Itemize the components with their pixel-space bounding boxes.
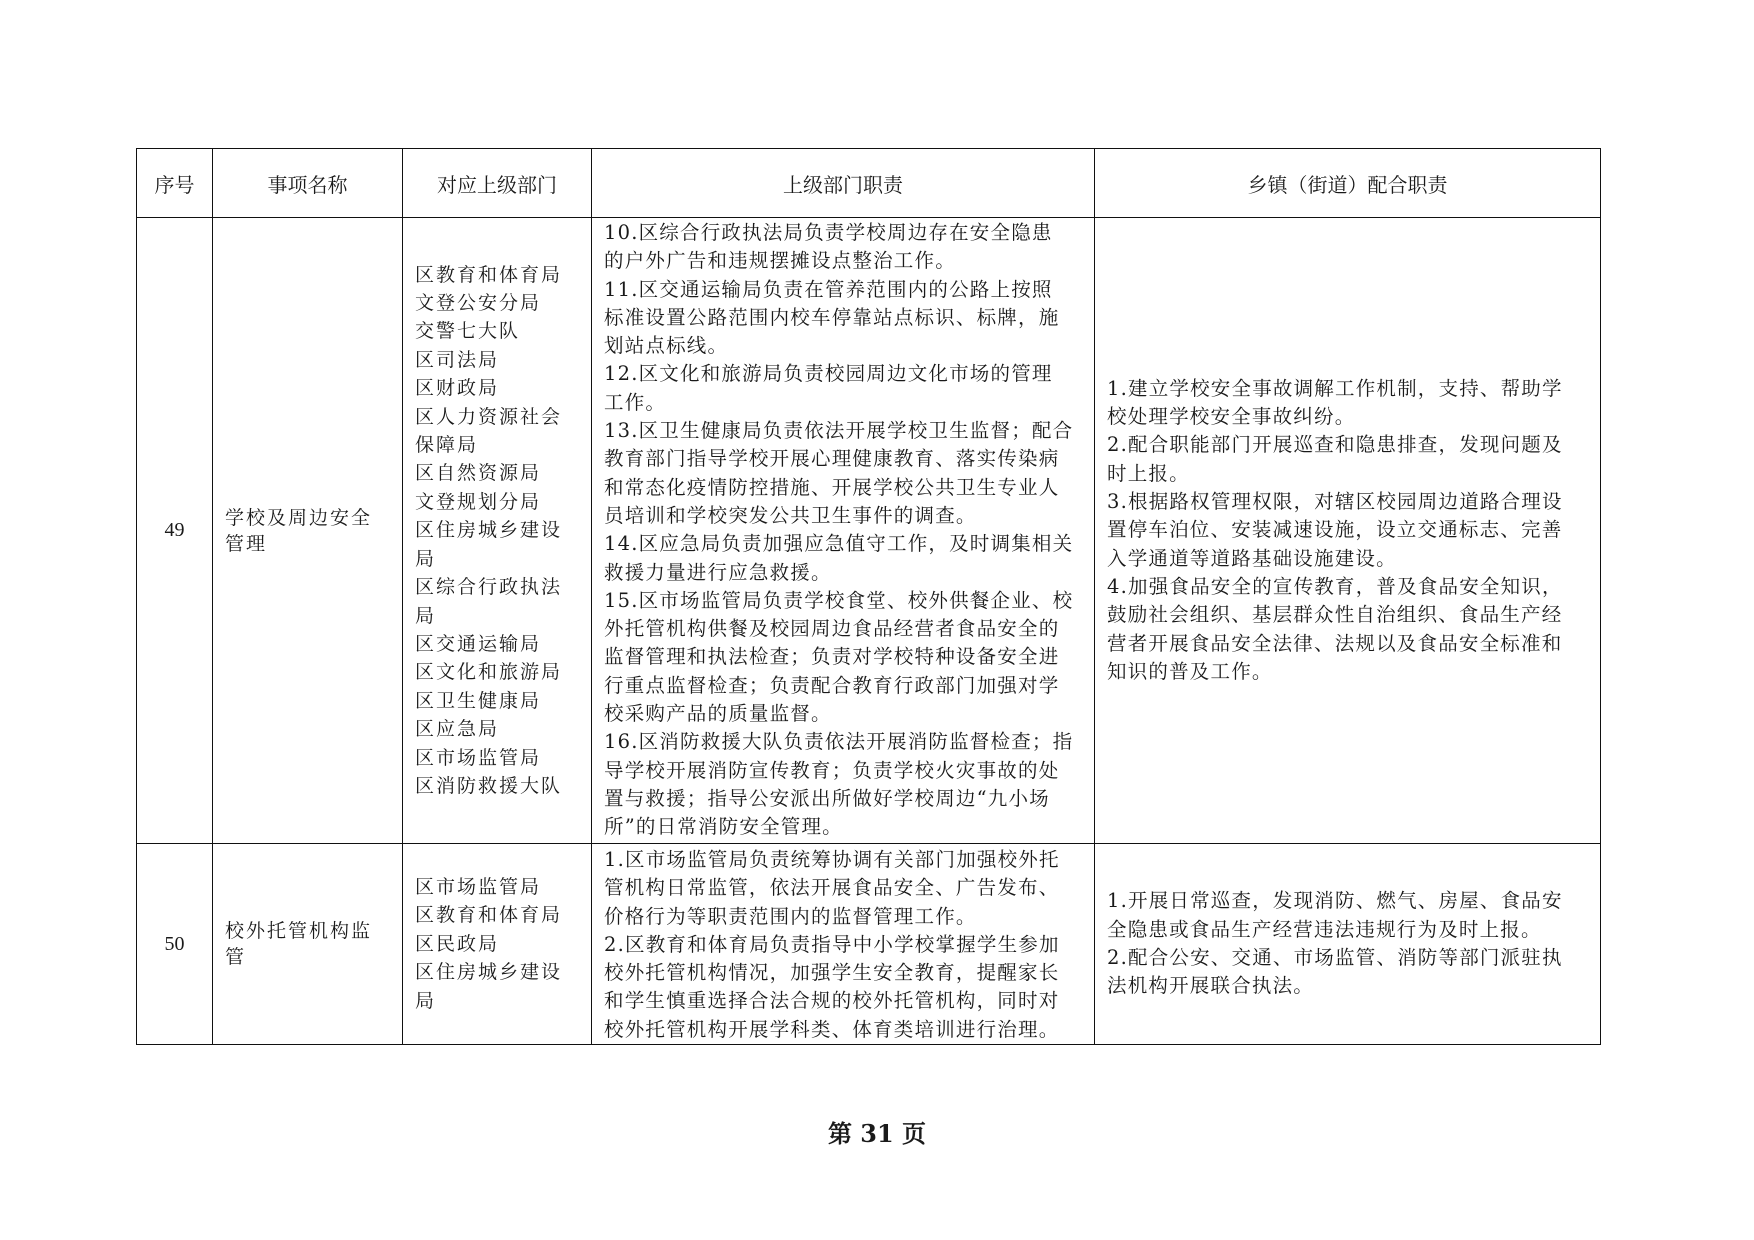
- text-line: 12.区文化和旅游局负责校园周边文化市场的管理: [604, 360, 1084, 388]
- table-header-row: 序号 事项名称 对应上级部门 上级部门职责 乡镇（街道）配合职责: [137, 149, 1601, 218]
- text-line: 区市场监管局: [415, 873, 579, 901]
- responsibility-table: 序号 事项名称 对应上级部门 上级部门职责 乡镇（街道）配合职责 49 学校及周…: [136, 148, 1601, 1045]
- text-line: 救援力量进行应急救援。: [604, 559, 1084, 587]
- text-line: 区人力资源社会: [415, 403, 579, 431]
- text-line: 区财政局: [415, 374, 579, 402]
- text-line: 15.区市场监管局负责学校食堂、校外供餐企业、校: [604, 587, 1084, 615]
- town-duties-cell: 1.建立学校安全事故调解工作机制，支持、帮助学校处理学校安全事故纠纷。2.配合职…: [1095, 218, 1601, 844]
- page-number: 第 31 页: [0, 1114, 1754, 1149]
- header-superior-duties: 上级部门职责: [592, 149, 1095, 218]
- text-line: 局: [415, 602, 579, 630]
- text-line: 11.区交通运输局负责在管养范围内的公路上按照: [604, 276, 1084, 304]
- text-line: 1.区市场监管局负责统筹协调有关部门加强校外托: [604, 846, 1084, 874]
- item-name-cell: 校外托管机构监管: [213, 844, 403, 1045]
- header-item-name: 事项名称: [213, 149, 403, 218]
- text-line: 导学校开展消防宣传教育；负责学校火灾事故的处: [604, 757, 1084, 785]
- text-line: 交警七大队: [415, 317, 579, 345]
- text-line: 和学生慎重选择合法合规的校外托管机构，同时对: [604, 987, 1084, 1015]
- text-line: 2.区教育和体育局负责指导中小学校掌握学生参加: [604, 931, 1084, 959]
- text-line: 1.开展日常巡查，发现消防、燃气、房屋、食品安: [1107, 887, 1590, 915]
- text-line: 监督管理和执法检查；负责对学校特种设备安全进: [604, 643, 1084, 671]
- text-line: 法机构开展联合执法。: [1107, 972, 1590, 1000]
- text-line: 外托管机构供餐及校园周边食品经营者食品安全的: [604, 615, 1084, 643]
- text-line: 的户外广告和违规摆摊设点整治工作。: [604, 247, 1084, 275]
- text-line: 鼓励社会组织、基层群众性自治组织、食品生产经: [1107, 601, 1590, 629]
- table-row: 49 学校及周边安全管理 区教育和体育局文登公安分局交警七大队区司法局区财政局区…: [137, 218, 1601, 844]
- text-line: 区综合行政执法: [415, 573, 579, 601]
- superior-duties-cell: 10.区综合行政执法局负责学校周边存在安全隐患的户外广告和违规摆摊设点整治工作。…: [592, 218, 1095, 844]
- text-line: 区司法局: [415, 346, 579, 374]
- text-line: 置与救援；指导公安派出所做好学校周边“九小场: [604, 785, 1084, 813]
- seq-cell: 49: [137, 218, 213, 844]
- text-line: 和常态化疫情防控措施、开展学校公共卫生专业人: [604, 474, 1084, 502]
- text-line: 区消防救援大队: [415, 772, 579, 800]
- text-line: 13.区卫生健康局负责依法开展学校卫生监督；配合: [604, 417, 1084, 445]
- text-line: 文登公安分局: [415, 289, 579, 317]
- text-line: 区卫生健康局: [415, 687, 579, 715]
- text-line: 教育部门指导学校开展心理健康教育、落实传染病: [604, 445, 1084, 473]
- text-line: 工作。: [604, 389, 1084, 417]
- text-line: 区住房城乡建设: [415, 958, 579, 986]
- text-line: 区民政局: [415, 930, 579, 958]
- text-line: 置停车泊位、安装减速设施，设立交通标志、完善: [1107, 516, 1590, 544]
- text-line: 区市场监管局: [415, 744, 579, 772]
- table-row: 50 校外托管机构监管 区市场监管局区教育和体育局区民政局区住房城乡建设局 1.…: [137, 844, 1601, 1045]
- text-line: 知识的普及工作。: [1107, 658, 1590, 686]
- text-line: 区住房城乡建设: [415, 516, 579, 544]
- seq-cell: 50: [137, 844, 213, 1045]
- text-line: 校外托管机构监: [225, 918, 390, 944]
- superior-duties-cell: 1.区市场监管局负责统筹协调有关部门加强校外托管机构日常监管，依法开展食品安全、…: [592, 844, 1095, 1045]
- text-line: 校处理学校安全事故纠纷。: [1107, 403, 1590, 431]
- text-line: 保障局: [415, 431, 579, 459]
- text-line: 区自然资源局: [415, 459, 579, 487]
- text-line: 2.配合公安、交通、市场监管、消防等部门派驻执: [1107, 944, 1590, 972]
- text-line: 区交通运输局: [415, 630, 579, 658]
- header-superior-dept: 对应上级部门: [403, 149, 592, 218]
- text-line: 营者开展食品安全法律、法规以及食品安全标准和: [1107, 630, 1590, 658]
- text-line: 学校及周边安全: [225, 505, 390, 531]
- text-line: 局: [415, 987, 579, 1015]
- text-line: 管: [225, 944, 390, 970]
- text-line: 区文化和旅游局: [415, 658, 579, 686]
- text-line: 10.区综合行政执法局负责学校周边存在安全隐患: [604, 219, 1084, 247]
- header-town-duties: 乡镇（街道）配合职责: [1095, 149, 1601, 218]
- text-line: 所”的日常消防安全管理。: [604, 813, 1084, 841]
- text-line: 14.区应急局负责加强应急值守工作，及时调集相关: [604, 530, 1084, 558]
- text-line: 4.加强食品安全的宣传教育，普及食品安全知识，: [1107, 573, 1590, 601]
- text-line: 区教育和体育局: [415, 901, 579, 929]
- text-line: 校外托管机构开展学科类、体育类培训进行治理。: [604, 1016, 1084, 1044]
- text-line: 1.建立学校安全事故调解工作机制，支持、帮助学: [1107, 375, 1590, 403]
- text-line: 3.根据路权管理权限，对辖区校园周边道路合理设: [1107, 488, 1590, 516]
- text-line: 管机构日常监管，依法开展食品安全、广告发布、: [604, 874, 1084, 902]
- superior-dept-cell: 区市场监管局区教育和体育局区民政局区住房城乡建设局: [403, 844, 592, 1045]
- text-line: 校采购产品的质量监督。: [604, 700, 1084, 728]
- text-line: 2.配合职能部门开展巡查和隐患排查，发现问题及: [1107, 431, 1590, 459]
- town-duties-cell: 1.开展日常巡查，发现消防、燃气、房屋、食品安全隐患或食品生产经营违法违规行为及…: [1095, 844, 1601, 1045]
- text-line: 管理: [225, 531, 390, 557]
- text-line: 校外托管机构情况，加强学生安全教育，提醒家长: [604, 959, 1084, 987]
- text-line: 标准设置公路范围内校车停靠站点标识、标牌，施: [604, 304, 1084, 332]
- text-line: 全隐患或食品生产经营违法违规行为及时上报。: [1107, 916, 1590, 944]
- text-line: 行重点监督检查；负责配合教育行政部门加强对学: [604, 672, 1084, 700]
- header-seq: 序号: [137, 149, 213, 218]
- text-line: 局: [415, 545, 579, 573]
- item-name-cell: 学校及周边安全管理: [213, 218, 403, 844]
- superior-dept-cell: 区教育和体育局文登公安分局交警七大队区司法局区财政局区人力资源社会保障局区自然资…: [403, 218, 592, 844]
- text-line: 价格行为等职责范围内的监督管理工作。: [604, 903, 1084, 931]
- text-line: 文登规划分局: [415, 488, 579, 516]
- text-line: 入学通道等道路基础设施建设。: [1107, 545, 1590, 573]
- text-line: 员培训和学校突发公共卫生事件的调查。: [604, 502, 1084, 530]
- text-line: 16.区消防救援大队负责依法开展消防监督检查；指: [604, 728, 1084, 756]
- text-line: 区应急局: [415, 715, 579, 743]
- text-line: 时上报。: [1107, 460, 1590, 488]
- text-line: 区教育和体育局: [415, 261, 579, 289]
- text-line: 划站点标线。: [604, 332, 1084, 360]
